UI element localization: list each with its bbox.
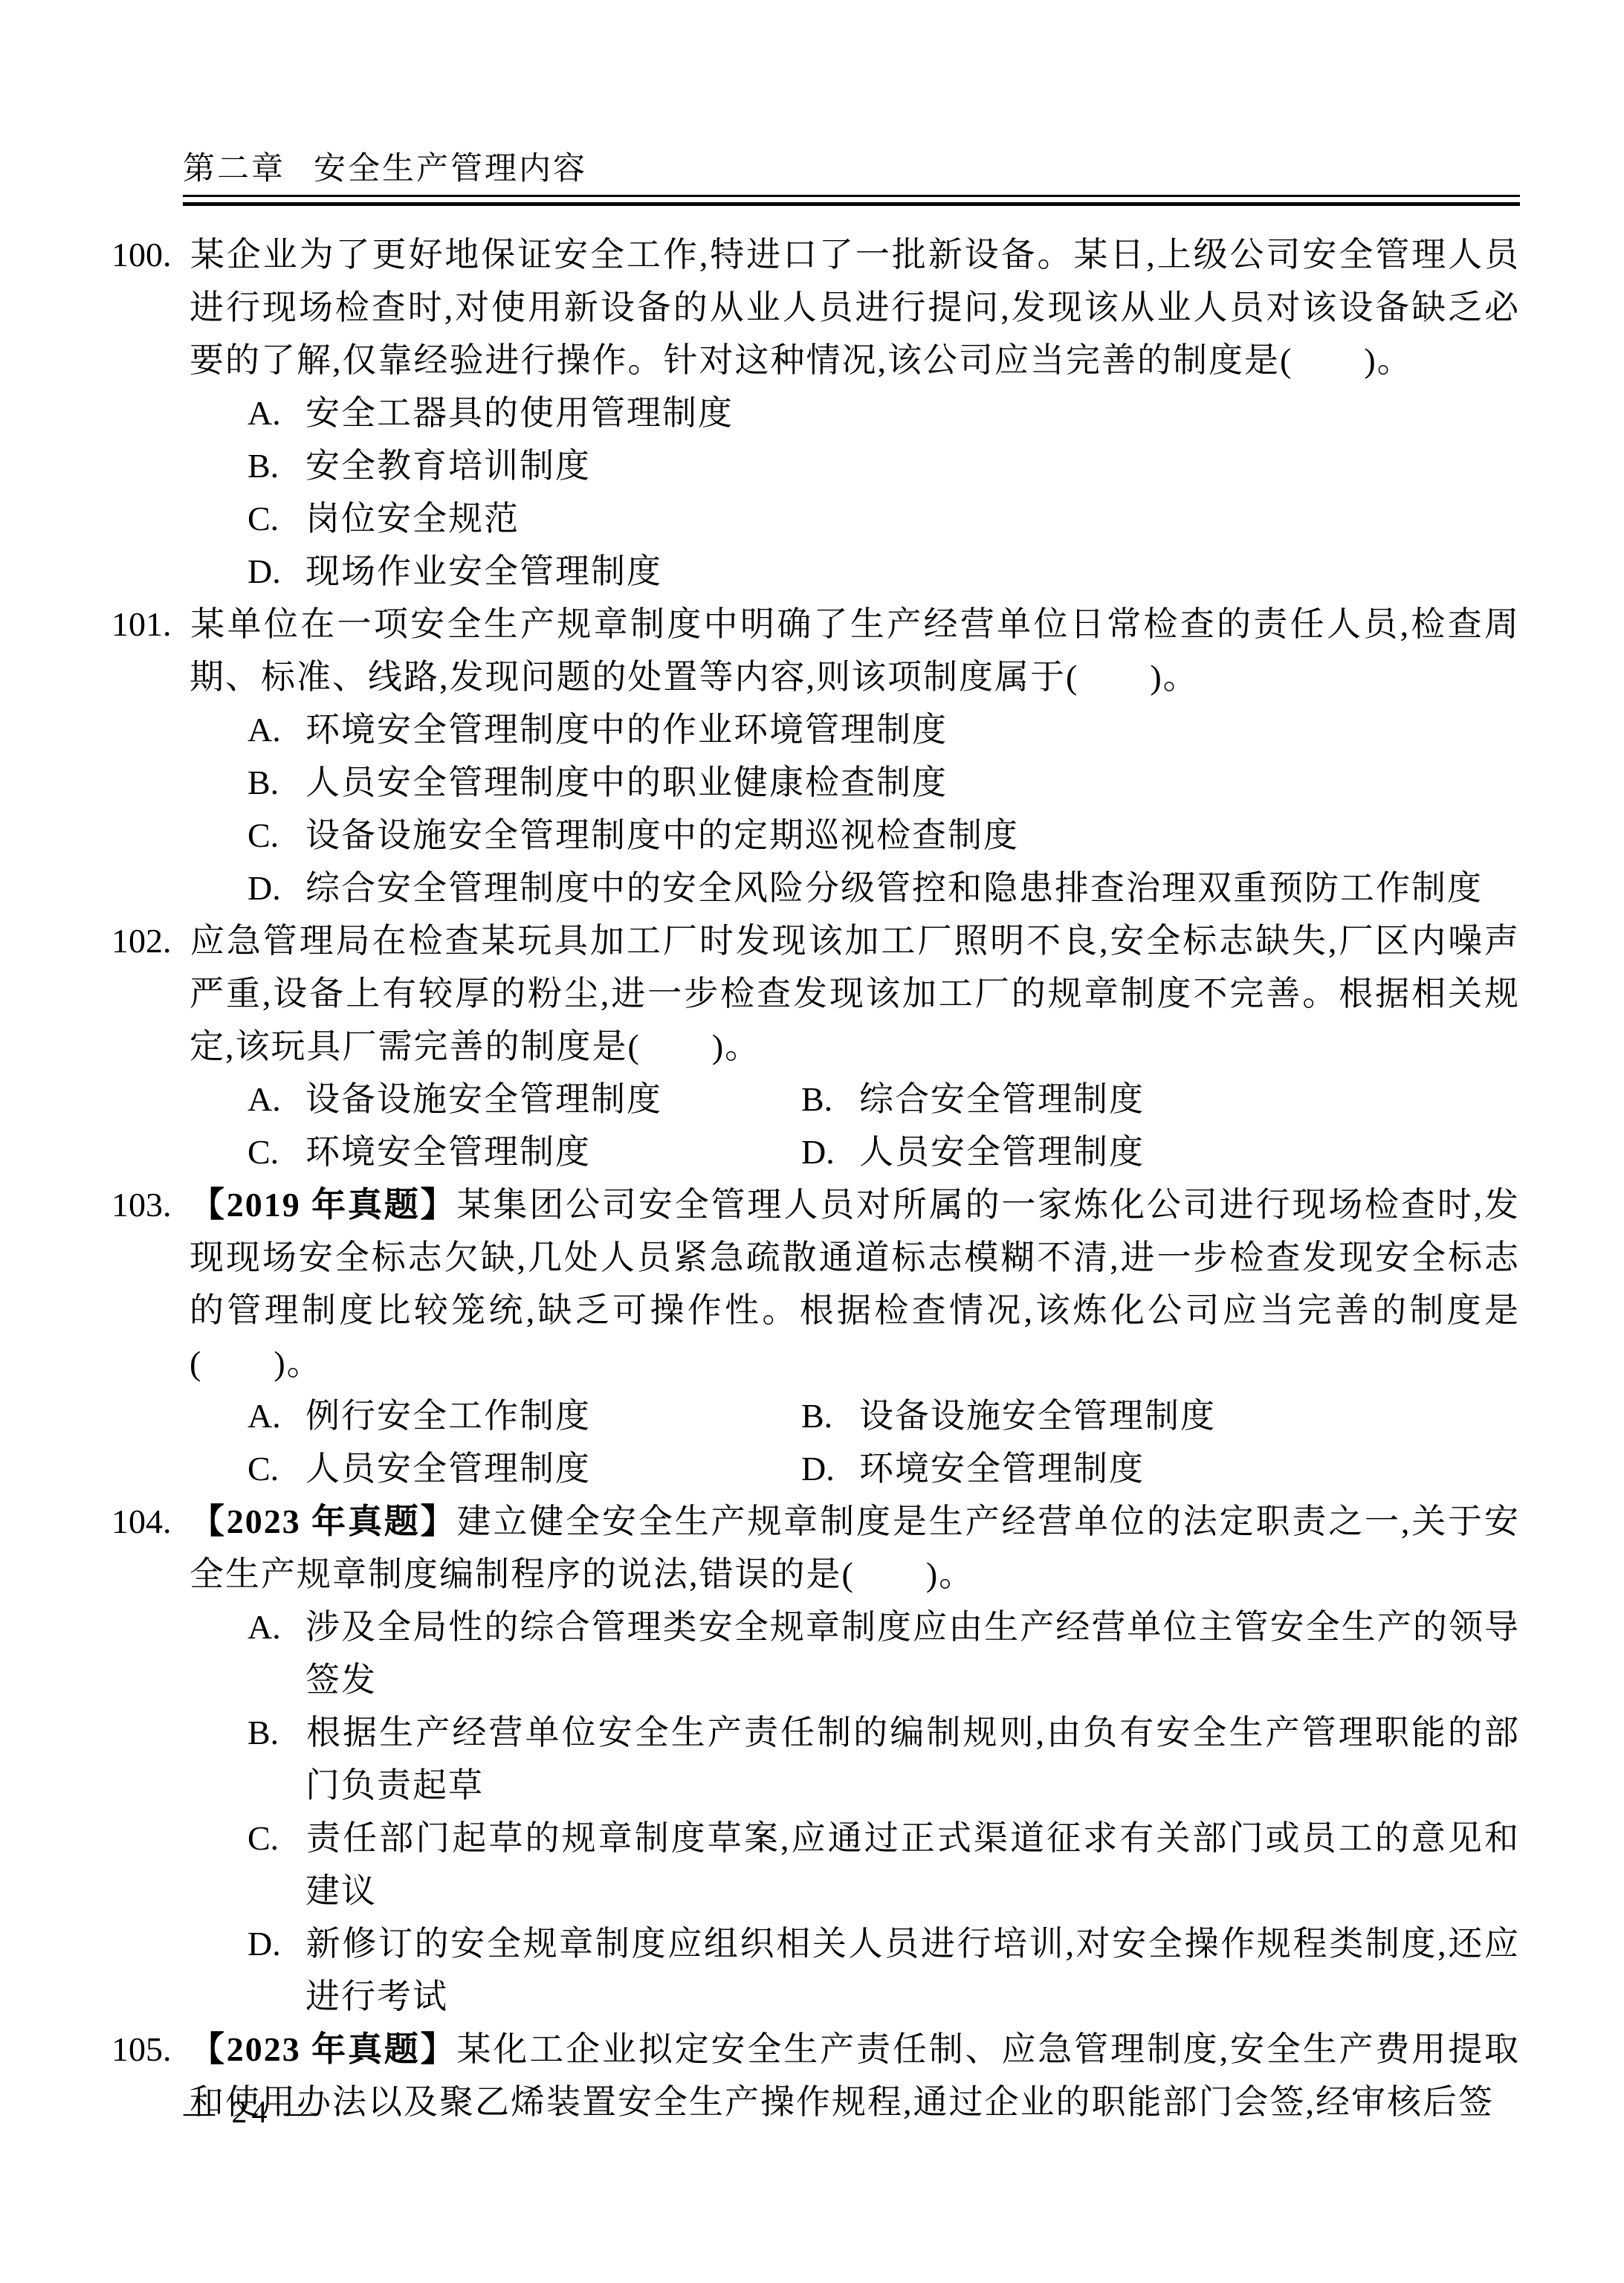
option-label: B. — [248, 1706, 305, 1759]
option-text: 人员安全管理制度 — [305, 1450, 591, 1488]
options-list: A.设备设施安全管理制度 B.综合安全管理制度 C.环境安全管理制度 D.人员安… — [248, 1073, 1520, 1178]
option-text: 安全教育培训制度 — [305, 447, 591, 485]
question-number: 105. — [111, 2023, 190, 2076]
option-text: 人员安全管理制度中的职业健康检查制度 — [305, 763, 948, 801]
option-label: B. — [248, 439, 305, 492]
option-text: 综合安全管理制度 — [859, 1080, 1145, 1118]
question-number: 100. — [111, 228, 190, 281]
question-number: 104. — [111, 1495, 190, 1548]
exam-year-tag: 【2023 年真题】 — [190, 2030, 457, 2068]
option-text: 设备设施安全管理制度 — [305, 1080, 662, 1118]
question-stem: 100.某企业为了更好地保证安全工作,特进口了一批新设备。某日,上级公司安全管理… — [111, 228, 1520, 387]
question-stem: 102.应急管理局在检查某玩具加工厂时发现该加工厂照明不良,安全标志缺失,厂区内… — [111, 914, 1520, 1073]
question-stem: 105.【2023 年真题】某化工企业拟定安全生产责任制、应急管理制度,安全生产… — [111, 2023, 1520, 2128]
option-row: C.岗位安全规范 — [248, 492, 1520, 545]
chapter-heading: 第二章安全生产管理内容 — [183, 151, 1520, 187]
option-row: D.综合安全管理制度中的安全风险分级管控和隐患排查治理双重预防工作制度 — [248, 862, 1520, 914]
question-stem: 103.【2019 年真题】某集团公司安全管理人员对所属的一家炼化公司进行现场检… — [111, 1178, 1520, 1389]
option-label: A. — [248, 703, 305, 756]
option-text: 安全工器具的使用管理制度 — [305, 394, 734, 432]
options-list: A.安全工器具的使用管理制度 B.安全教育培训制度 C.岗位安全规范 D.现场作… — [248, 387, 1520, 598]
option-label: A. — [248, 1073, 305, 1126]
question-number: 101. — [111, 598, 190, 650]
option-label: B. — [801, 1389, 859, 1442]
stem-text: 某单位在一项安全生产规章制度中明确了生产经营单位日常检查的责任人员,检查周期、标… — [190, 605, 1520, 696]
option-label: B. — [801, 1073, 859, 1126]
option-row: A.例行安全工作制度 — [248, 1389, 801, 1442]
option-label: C. — [248, 492, 305, 545]
question-list: 100.某企业为了更好地保证安全工作,特进口了一批新设备。某日,上级公司安全管理… — [111, 228, 1520, 2128]
option-row: C.环境安全管理制度 — [248, 1126, 801, 1178]
option-row: D.新修订的安全规章制度应组织相关人员进行培训,对安全操作规程类制度,还应进行考… — [248, 1917, 1520, 2023]
option-label: D. — [248, 862, 305, 914]
option-row: C.人员安全管理制度 — [248, 1442, 801, 1495]
option-label: C. — [248, 1442, 305, 1495]
running-head: 第二章安全生产管理内容 — [183, 0, 1520, 206]
option-row: B.根据生产经营单位安全生产责任制的编制规则,由负有安全生产管理职能的部门负责起… — [248, 1706, 1520, 1812]
exam-year-tag: 【2023 年真题】 — [190, 1502, 457, 1540]
chapter-number: 第二章 — [183, 151, 285, 187]
option-row: D.环境安全管理制度 — [801, 1442, 1520, 1495]
question-101: 101.某单位在一项安全生产规章制度中明确了生产经营单位日常检查的责任人员,检查… — [111, 598, 1520, 914]
option-text: 综合安全管理制度中的安全风险分级管控和隐患排查治理双重预防工作制度 — [305, 869, 1483, 907]
option-label: D. — [801, 1442, 859, 1495]
option-label: A. — [248, 387, 305, 439]
option-text: 岗位安全规范 — [305, 500, 520, 537]
question-stem: 101.某单位在一项安全生产规章制度中明确了生产经营单位日常检查的责任人员,检查… — [111, 598, 1520, 703]
option-text: 现场作业安全管理制度 — [305, 552, 662, 590]
options-list: A.涉及全局性的综合管理类安全规章制度应由生产经营单位主管安全生产的领导签发 B… — [248, 1601, 1520, 2023]
option-text: 环境安全管理制度 — [305, 1133, 591, 1171]
option-row: B.人员安全管理制度中的职业健康检查制度 — [248, 756, 1520, 809]
question-100: 100.某企业为了更好地保证安全工作,特进口了一批新设备。某日,上级公司安全管理… — [111, 228, 1520, 598]
option-row: A.设备设施安全管理制度 — [248, 1073, 801, 1126]
option-row: B.安全教育培训制度 — [248, 439, 1520, 492]
option-row: C.设备设施安全管理制度中的定期巡视检查制度 — [248, 809, 1520, 862]
book-page: 第二章安全生产管理内容 100.某企业为了更好地保证安全工作,特进口了一批新设备… — [0, 0, 1624, 2283]
header-rule — [183, 195, 1520, 206]
options-list: A.例行安全工作制度 B.设备设施安全管理制度 C.人员安全管理制度 D.环境安… — [248, 1389, 1520, 1495]
option-row: A.安全工器具的使用管理制度 — [248, 387, 1520, 439]
option-label: C. — [248, 1126, 305, 1178]
option-text: 设备设施安全管理制度中的定期巡视检查制度 — [305, 816, 1019, 854]
question-105: 105.【2023 年真题】某化工企业拟定安全生产责任制、应急管理制度,安全生产… — [111, 2023, 1520, 2128]
option-text: 责任部门起草的规章制度草案,应通过正式渠道征求有关部门或员工的意见和建议 — [305, 1819, 1520, 1910]
option-row: B.设备设施安全管理制度 — [801, 1389, 1520, 1442]
option-row: A.环境安全管理制度中的作业环境管理制度 — [248, 703, 1520, 756]
option-label: C. — [248, 809, 305, 862]
option-label: A. — [248, 1601, 305, 1653]
question-number: 102. — [111, 914, 190, 967]
option-label: D. — [801, 1126, 859, 1178]
option-text: 人员安全管理制度 — [859, 1133, 1145, 1171]
option-text: 根据生产经营单位安全生产责任制的编制规则,由负有安全生产管理职能的部门负责起草 — [305, 1714, 1520, 1804]
option-row: C.责任部门起草的规章制度草案,应通过正式渠道征求有关部门或员工的意见和建议 — [248, 1812, 1520, 1917]
page-number: — 24 — — [184, 2095, 320, 2131]
option-row: D.人员安全管理制度 — [801, 1126, 1520, 1178]
option-text: 涉及全局性的综合管理类安全规章制度应由生产经营单位主管安全生产的领导签发 — [305, 1608, 1520, 1699]
stem-text: 应急管理局在检查某玩具加工厂时发现该加工厂照明不良,安全标志缺失,厂区内噪声严重… — [190, 922, 1520, 1065]
option-text: 环境安全管理制度中的作业环境管理制度 — [305, 711, 948, 749]
option-text: 设备设施安全管理制度 — [859, 1397, 1216, 1435]
page-content: 第二章安全生产管理内容 100.某企业为了更好地保证安全工作,特进口了一批新设备… — [111, 0, 1520, 2128]
option-row: B.综合安全管理制度 — [801, 1073, 1520, 1126]
option-label: D. — [248, 545, 305, 598]
option-label: C. — [248, 1812, 305, 1864]
option-row: A.涉及全局性的综合管理类安全规章制度应由生产经营单位主管安全生产的领导签发 — [248, 1601, 1520, 1706]
question-102: 102.应急管理局在检查某玩具加工厂时发现该加工厂照明不良,安全标志缺失,厂区内… — [111, 914, 1520, 1178]
options-list: A.环境安全管理制度中的作业环境管理制度 B.人员安全管理制度中的职业健康检查制… — [248, 703, 1520, 914]
question-stem: 104.【2023 年真题】建立健全安全生产规章制度是生产经营单位的法定职责之一… — [111, 1495, 1520, 1601]
option-text: 例行安全工作制度 — [305, 1397, 591, 1435]
question-104: 104.【2023 年真题】建立健全安全生产规章制度是生产经营单位的法定职责之一… — [111, 1495, 1520, 2023]
option-row: D.现场作业安全管理制度 — [248, 545, 1520, 598]
question-number: 103. — [111, 1178, 190, 1231]
option-text: 新修订的安全规章制度应组织相关人员进行培训,对安全操作规程类制度,还应进行考试 — [305, 1925, 1520, 2015]
option-label: A. — [248, 1389, 305, 1442]
option-label: B. — [248, 756, 305, 809]
exam-year-tag: 【2019 年真题】 — [190, 1186, 457, 1224]
chapter-title: 安全生产管理内容 — [314, 151, 587, 187]
option-label: D. — [248, 1917, 305, 1970]
option-text: 环境安全管理制度 — [859, 1450, 1145, 1488]
stem-text: 某企业为了更好地保证安全工作,特进口了一批新设备。某日,上级公司安全管理人员进行… — [190, 236, 1520, 379]
question-103: 103.【2019 年真题】某集团公司安全管理人员对所属的一家炼化公司进行现场检… — [111, 1178, 1520, 1495]
